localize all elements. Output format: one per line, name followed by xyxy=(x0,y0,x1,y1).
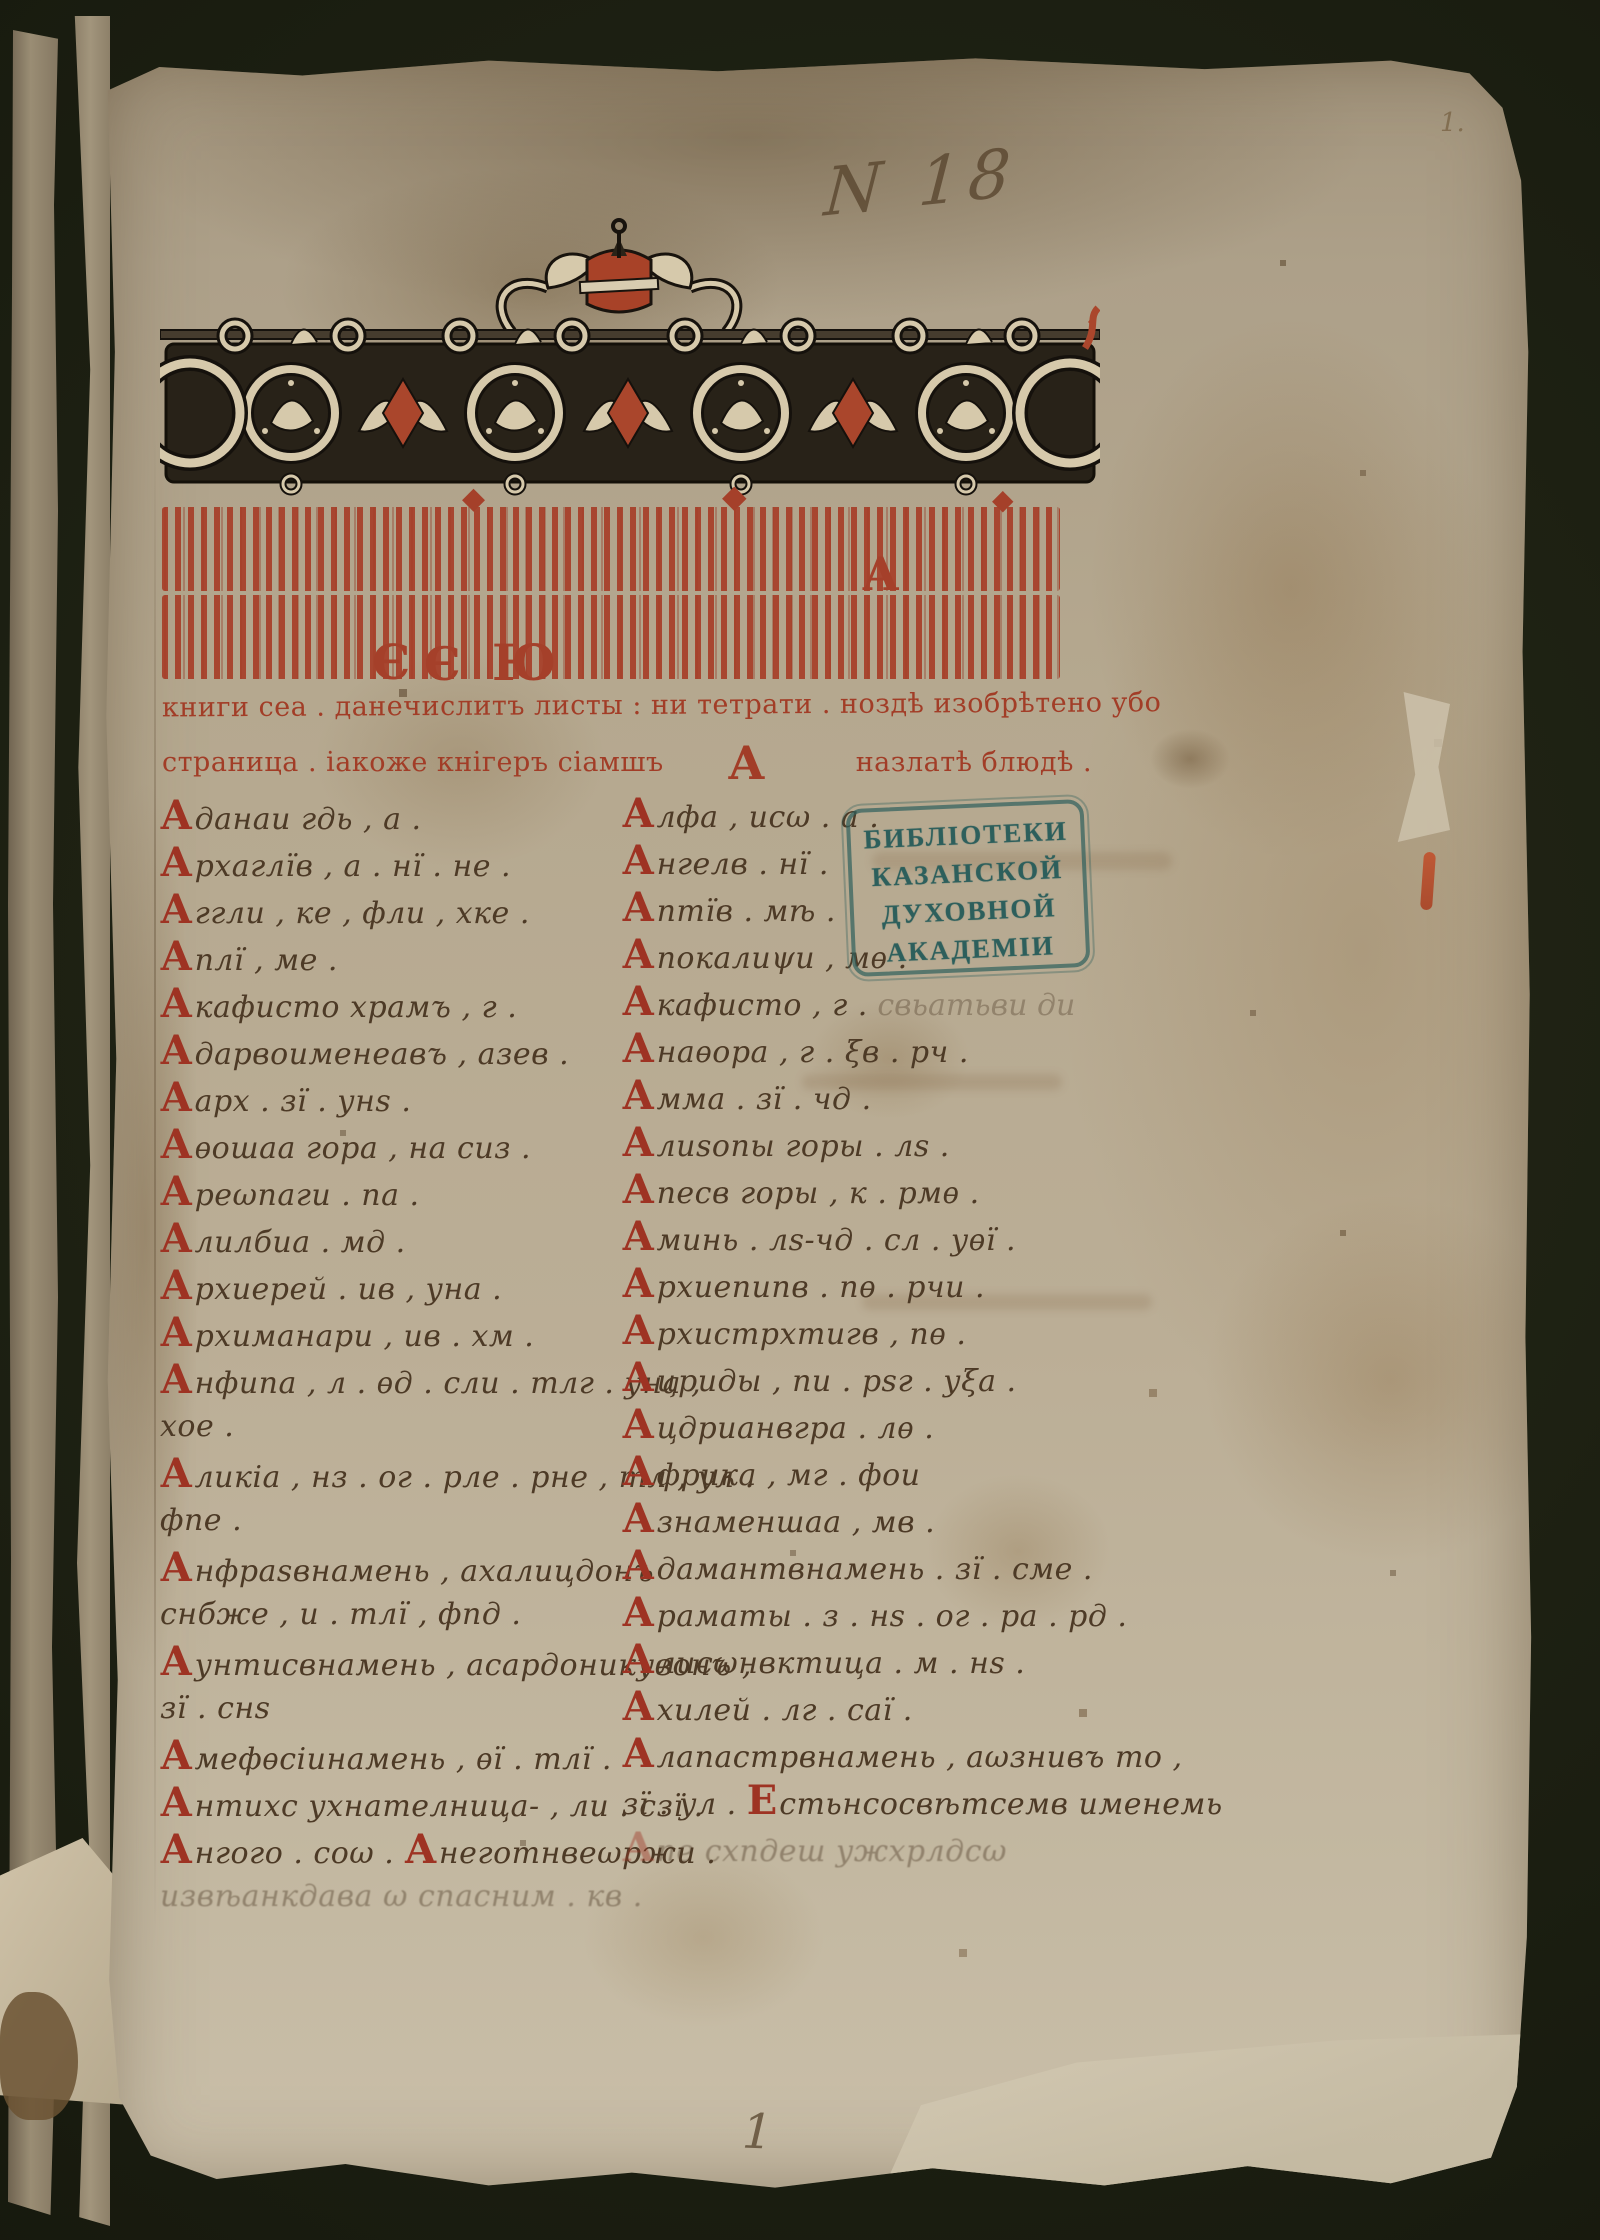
vyaz-letter: Є xyxy=(372,635,410,691)
entry-text: нфраѕвнамень , ахалицдонъ xyxy=(195,1554,655,1589)
entry-text: раматы . з . нѕ . ог . ра . рд . xyxy=(657,1599,1128,1634)
edge-tear-patch xyxy=(1392,692,1450,842)
index-line: Аггли , ке , фли , хке . xyxy=(160,886,635,933)
entry-text: рхистрхтигв , пѳ . xyxy=(657,1317,967,1352)
index-line: Аплї , ме . xyxy=(160,933,635,980)
entry-text: арх . зї . унѕ . xyxy=(195,1084,412,1119)
index-line: снбже , и . тлї , фпд . xyxy=(160,1591,635,1638)
entry-text: лиѕопы горы . лѕ . xyxy=(657,1129,950,1164)
index-line: Архиманари , ив . хм . xyxy=(160,1309,635,1356)
entry-text: хилей . лг . саї . xyxy=(657,1693,913,1728)
index-line: Амма . зї . чд . xyxy=(622,1072,1127,1119)
index-line: фпе . xyxy=(160,1497,635,1544)
entry-text: кафисто , г . xyxy=(657,988,868,1023)
red-initial: А xyxy=(160,839,193,886)
index-line: Алиѕопы горы . лѕ . xyxy=(622,1119,1127,1166)
manuscript-number: N 18 xyxy=(822,133,1021,231)
entry-text: снбже , и . тлї , фпд . xyxy=(160,1597,521,1632)
entry-text: мефѳсіинамень , ѳї . тлї . xyxy=(195,1742,612,1777)
index-line: Апесв горы , к . рмѳ . xyxy=(622,1166,1127,1213)
red-initial: А xyxy=(160,1356,193,1403)
red-initial: А xyxy=(160,1074,193,1121)
index-line: Алапастрвнамень , аωзнивъ то , xyxy=(622,1730,1127,1777)
red-initial: А xyxy=(404,1826,437,1873)
red-initial: А xyxy=(622,1307,655,1354)
index-line: зї . ул . Естьнсосвѣтсемв именемь xyxy=(622,1777,1127,1824)
index-line: Ангого . соω . Анеготнвеωржи . xyxy=(160,1826,635,1873)
subtitle-line-2-left: страница . іакоже кнігеръ сіамшъ xyxy=(162,747,664,778)
index-line: Апе схпдеш ужхрлдсω xyxy=(622,1824,1127,1871)
index-line: хое . xyxy=(160,1403,635,1450)
entry-text: фрика , мг . фои xyxy=(657,1458,921,1493)
entry-text: рхиерей . ив , уна . xyxy=(195,1272,503,1307)
index-line: Ацриды , пи . рѕг . уξа . xyxy=(622,1354,1127,1401)
subtitle-line-2: страница . іакоже кнігеръ сіамшъАназлатѣ… xyxy=(162,736,1092,790)
entry-text: кафисто храмъ , г . xyxy=(195,990,518,1025)
index-line: Архиепипв . пѳ . рчи . xyxy=(622,1260,1127,1307)
entry-text: нгого . соω . xyxy=(195,1836,405,1871)
entry-text: плї , ме . xyxy=(195,943,338,978)
red-initial: А xyxy=(622,1824,655,1871)
red-initial: А xyxy=(160,1309,193,1356)
entry-text: зї . снѕ xyxy=(160,1691,271,1726)
index-column-left: Аданаи гдь , а .Архаглїв , а . нї . не .… xyxy=(160,792,635,1920)
manuscript-page: N 18 1. xyxy=(102,52,1534,2194)
vyaz-ornament: ◆ xyxy=(992,483,1014,516)
entry-text: лисωнвктица . м . нѕ . xyxy=(657,1646,1026,1681)
vyaz-title-band: ◆ ◆ ◆ Є Є Ю А xyxy=(162,507,1060,679)
red-initial: А xyxy=(622,1354,655,1401)
vyaz-ornament: ◆ xyxy=(462,481,485,516)
entry-text: данаи гдь , а . xyxy=(195,802,422,837)
red-initial: А xyxy=(160,1732,193,1779)
red-initial: А xyxy=(622,1072,655,1119)
entry-text: песв горы , к . рмѳ . xyxy=(657,1176,980,1211)
index-line: Алилбиа . мд . xyxy=(160,1215,635,1262)
red-initial: А xyxy=(160,792,193,839)
bottom-corner-curl xyxy=(882,2034,1532,2192)
index-line: Амефѳсіинамень , ѳї . тлї . xyxy=(160,1732,635,1779)
entry-text: рхиепипв . пѳ . рчи . xyxy=(657,1270,986,1305)
red-initial: А xyxy=(160,933,193,980)
vyaz-letter: Є xyxy=(424,637,461,691)
index-line: Ахилей . лг . саї . xyxy=(622,1683,1127,1730)
red-initial: А xyxy=(160,980,193,1027)
red-initial: А xyxy=(622,1119,655,1166)
index-line: Анфипа , л . ѳд . сли . тлг . уна , xyxy=(160,1356,635,1403)
folio-number: 1. xyxy=(1440,108,1465,138)
index-line: Адарвоименеавъ , азев . xyxy=(160,1027,635,1074)
entry-text: мма . зї . чд . xyxy=(657,1082,872,1117)
index-line: Аликіа , нз . ог . рле . рне , тл , ул . xyxy=(160,1450,635,1497)
entry-text: минь . лѕ-чд . сл . уѳї . xyxy=(657,1223,1016,1258)
red-initial: А xyxy=(622,837,655,884)
vyaz-ornament: ◆ xyxy=(722,477,747,515)
subtitle-initial: А xyxy=(728,736,766,790)
red-initial: А xyxy=(160,1262,193,1309)
index-line: Ацдрианвгра . лѳ . xyxy=(622,1401,1127,1448)
entry-text: извѣанкдава ω спасним . кв . xyxy=(160,1879,643,1914)
red-initial: А xyxy=(160,1450,193,1497)
red-initial: А xyxy=(622,790,655,837)
bottom-pen-mark: 1 xyxy=(741,2103,773,2160)
red-initial: А xyxy=(622,1730,655,1777)
red-initial: А xyxy=(160,1121,193,1168)
entry-text: ггли , ке , фли , хке . xyxy=(195,896,530,931)
entry-text: стьнсосвѣтсемв именемь xyxy=(779,1787,1222,1822)
red-initial: А xyxy=(622,884,655,931)
red-initial: А xyxy=(160,1168,193,1215)
entry-text: дамантвнамень . зї . сме . xyxy=(657,1552,1093,1587)
red-initial: А xyxy=(622,1448,655,1495)
red-initial: А xyxy=(160,886,193,933)
vyaz-letter: Ю xyxy=(492,633,556,692)
index-line: зї . снѕ xyxy=(160,1685,635,1732)
index-line: Архистрхтигв , пѳ . xyxy=(622,1307,1127,1354)
index-line: Араматы . з . нѕ . ог . ра . рд . xyxy=(622,1589,1127,1636)
index-line: Акафисто храмъ , г . xyxy=(160,980,635,1027)
index-line: Ареωпаги . па . xyxy=(160,1168,635,1215)
index-line: Аарх . зї . унѕ . xyxy=(160,1074,635,1121)
index-line: Африка , мг . фои xyxy=(622,1448,1127,1495)
red-initial: А xyxy=(622,978,655,1025)
headpiece-ornament xyxy=(160,304,1100,499)
index-line: Архаглїв , а . нї . не . xyxy=(160,839,635,886)
entry-text: знаменшаа , мв . xyxy=(657,1505,936,1540)
library-stamp: БИБЛІОТЕКИ КАЗАНСКОЙ ДУХОВНОЙ АКАДЕМІИ xyxy=(845,799,1090,977)
index-line: Аминь . лѕ-чд . сл . уѳї . xyxy=(622,1213,1127,1260)
index-line: Анаѳора , г . ξв . рч . xyxy=(622,1025,1127,1072)
entry-text: лилбиа . мд . xyxy=(195,1225,406,1260)
index-line: Аѳошаа гора , на сиз . xyxy=(160,1121,635,1168)
index-line: извѣанкдава ω спасним . кв . xyxy=(160,1873,635,1920)
subtitle-line-2-right: назлатѣ блюдѣ . xyxy=(856,747,1092,778)
vyaz-row xyxy=(162,595,1060,679)
red-initial: А xyxy=(622,1401,655,1448)
entry-text: птїв . мѣ . xyxy=(657,894,836,929)
entry-text: цриды , пи . рѕг . уξа . xyxy=(657,1364,1017,1399)
red-initial: А xyxy=(160,1027,193,1074)
index-line: Алисωнвктица . м . нѕ . xyxy=(622,1636,1127,1683)
index-line: Аунтисвнамень , асардоникувонъ , xyxy=(160,1638,635,1685)
entry-text: цдрианвгра . лѳ . xyxy=(657,1411,935,1446)
index-line: Азнаменшаа , мв . xyxy=(622,1495,1127,1542)
index-line: Анфраѕвнамень , ахалицдонъ xyxy=(160,1544,635,1591)
subtitle-line-1: книги сеа . данечислитъ листы : ни тетра… xyxy=(162,688,1092,724)
red-initial: А xyxy=(622,1589,655,1636)
entry-text: рхиманари , ив . хм . xyxy=(195,1319,535,1354)
index-line: Акафисто , г . свьатьви ди xyxy=(622,978,1127,1025)
page-crease xyxy=(154,432,156,1932)
entry-text: пе схпдеш ужхрлдсω xyxy=(657,1834,1007,1869)
red-initial: А xyxy=(622,1542,655,1589)
red-initial: А xyxy=(622,1683,655,1730)
red-initial: А xyxy=(622,1025,655,1072)
vyaz-letter: А xyxy=(862,547,899,601)
red-initial: А xyxy=(622,1260,655,1307)
entry-text: наѳора , г . ξв . рч . xyxy=(657,1035,969,1070)
red-initial: А xyxy=(622,1213,655,1260)
red-initial: А xyxy=(160,1779,193,1826)
red-initial: А xyxy=(160,1544,193,1591)
red-initial: А xyxy=(622,1166,655,1213)
entry-text: нгелв . нї . xyxy=(657,847,829,882)
entry-text: реωпаги . па . xyxy=(195,1178,420,1213)
red-initial: А xyxy=(622,1636,655,1683)
photographed-book-spread: { "page": { "manuscript_number": "N 18",… xyxy=(0,0,1600,2240)
red-initial: А xyxy=(622,1495,655,1542)
entry-text: фпе . xyxy=(160,1503,242,1538)
vyaz-row xyxy=(162,507,1060,591)
entry-text: рхаглїв , а . нї . не . xyxy=(195,849,511,884)
index-line: Антихс ухнателница- , ли . сзї . xyxy=(160,1779,635,1826)
index-line: Архиерей . ив , уна . xyxy=(160,1262,635,1309)
red-initial: А xyxy=(160,1826,193,1873)
red-initial: А xyxy=(160,1638,193,1685)
red-initial: Е xyxy=(747,1777,778,1824)
entry-text: свьатьви ди xyxy=(868,988,1075,1023)
red-initial: А xyxy=(622,931,655,978)
index-line: Аданаи гдь , а . xyxy=(160,792,635,839)
entry-text: ѳошаа гора , на сиз . xyxy=(195,1131,532,1166)
red-initial: А xyxy=(160,1215,193,1262)
entry-text: хое . xyxy=(160,1409,234,1444)
entry-text: дарвоименеавъ , азев . xyxy=(195,1037,570,1072)
entry-text: зї . ул . xyxy=(622,1787,747,1822)
entry-text: лапастрвнамень , аωзнивъ то , xyxy=(657,1740,1183,1775)
index-line: Адамантвнамень . зї . сме . xyxy=(622,1542,1127,1589)
